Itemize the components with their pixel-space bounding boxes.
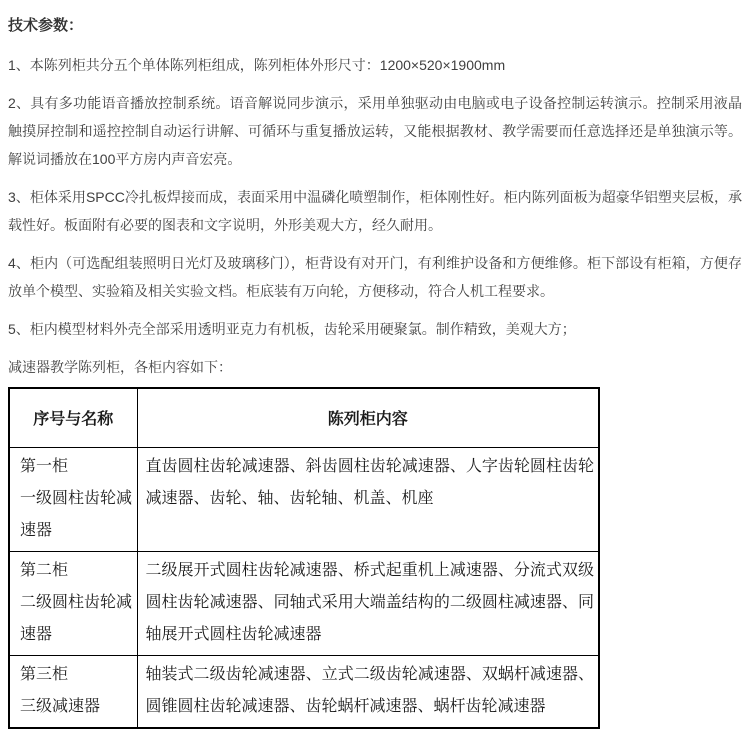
spec-paragraph-4: 4、柜内（可选配组装照明日光灯及玻璃移门），柜背设有对开门，有利维护设备和方便维… xyxy=(8,249,742,305)
spec-document-page: 技术参数： 1、本陈列柜共分五个单体陈列柜组成，陈列柜体外形尺寸：1200×52… xyxy=(0,0,750,750)
cabinet-3-title: 三级减速器 xyxy=(20,691,133,723)
table-intro: 减速器教学陈列柜，各柜内容如下： xyxy=(8,353,742,381)
cabinet-3-number: 第三柜 xyxy=(20,659,133,691)
spec-paragraph-1: 1、本陈列柜共分五个单体陈列柜组成，陈列柜体外形尺寸：1200×520×1900… xyxy=(8,51,742,79)
cabinet-1-title: 一级圆柱齿轮减速器 xyxy=(20,483,133,547)
cabinet-2-title: 二级圆柱齿轮减速器 xyxy=(20,587,133,651)
table-row-cabinet-3: 第三柜 三级减速器 轴装式二级齿轮减速器、立式二级齿轮减速器、双蜗杆减速器、圆锥… xyxy=(9,655,599,728)
cabinet-2-name-cell: 第二柜 二级圆柱齿轮减速器 xyxy=(9,551,137,655)
cabinet-1-content-cell: 直齿圆柱齿轮减速器、斜齿圆柱齿轮减速器、人字齿轮圆柱齿轮减速器、齿轮、轴、齿轮轴… xyxy=(137,447,599,551)
spec-paragraph-3: 3、柜体采用SPCC冷扎板焊接而成，表面采用中温磷化喷塑制作，柜体刚性好。柜内陈… xyxy=(8,183,742,239)
table-header-row: 序号与名称 陈列柜内容 xyxy=(9,388,599,447)
cabinet-2-content-cell: 二级展开式圆柱齿轮减速器、桥式起重机上减速器、分流式双级圆柱齿轮减速器、同轴式采… xyxy=(137,551,599,655)
column-header-cabinet-content: 陈列柜内容 xyxy=(137,388,599,447)
spec-paragraph-5: 5、柜内模型材料外壳全部采用透明亚克力有机板，齿轮采用硬聚氯。制作精致，美观大方… xyxy=(8,315,742,343)
cabinet-2-number: 第二柜 xyxy=(20,555,133,587)
table-row-cabinet-1: 第一柜 一级圆柱齿轮减速器 直齿圆柱齿轮减速器、斜齿圆柱齿轮减速器、人字齿轮圆柱… xyxy=(9,447,599,551)
column-header-number-name: 序号与名称 xyxy=(9,388,137,447)
page-title: 技术参数： xyxy=(8,12,742,40)
cabinet-1-number: 第一柜 xyxy=(20,451,133,483)
cabinet-3-content-cell: 轴装式二级齿轮减速器、立式二级齿轮减速器、双蜗杆减速器、圆锥圆柱齿轮减速器、齿轮… xyxy=(137,655,599,728)
cabinet-1-name-cell: 第一柜 一级圆柱齿轮减速器 xyxy=(9,447,137,551)
spec-paragraph-2: 2、具有多功能语音播放控制系统。语音解说同步演示，采用单独驱动由电脑或电子设备控… xyxy=(8,89,742,173)
cabinet-3-name-cell: 第三柜 三级减速器 xyxy=(9,655,137,728)
cabinet-contents-table: 序号与名称 陈列柜内容 第一柜 一级圆柱齿轮减速器 直齿圆柱齿轮减速器、斜齿圆柱… xyxy=(8,387,600,729)
table-row-cabinet-2: 第二柜 二级圆柱齿轮减速器 二级展开式圆柱齿轮减速器、桥式起重机上减速器、分流式… xyxy=(9,551,599,655)
